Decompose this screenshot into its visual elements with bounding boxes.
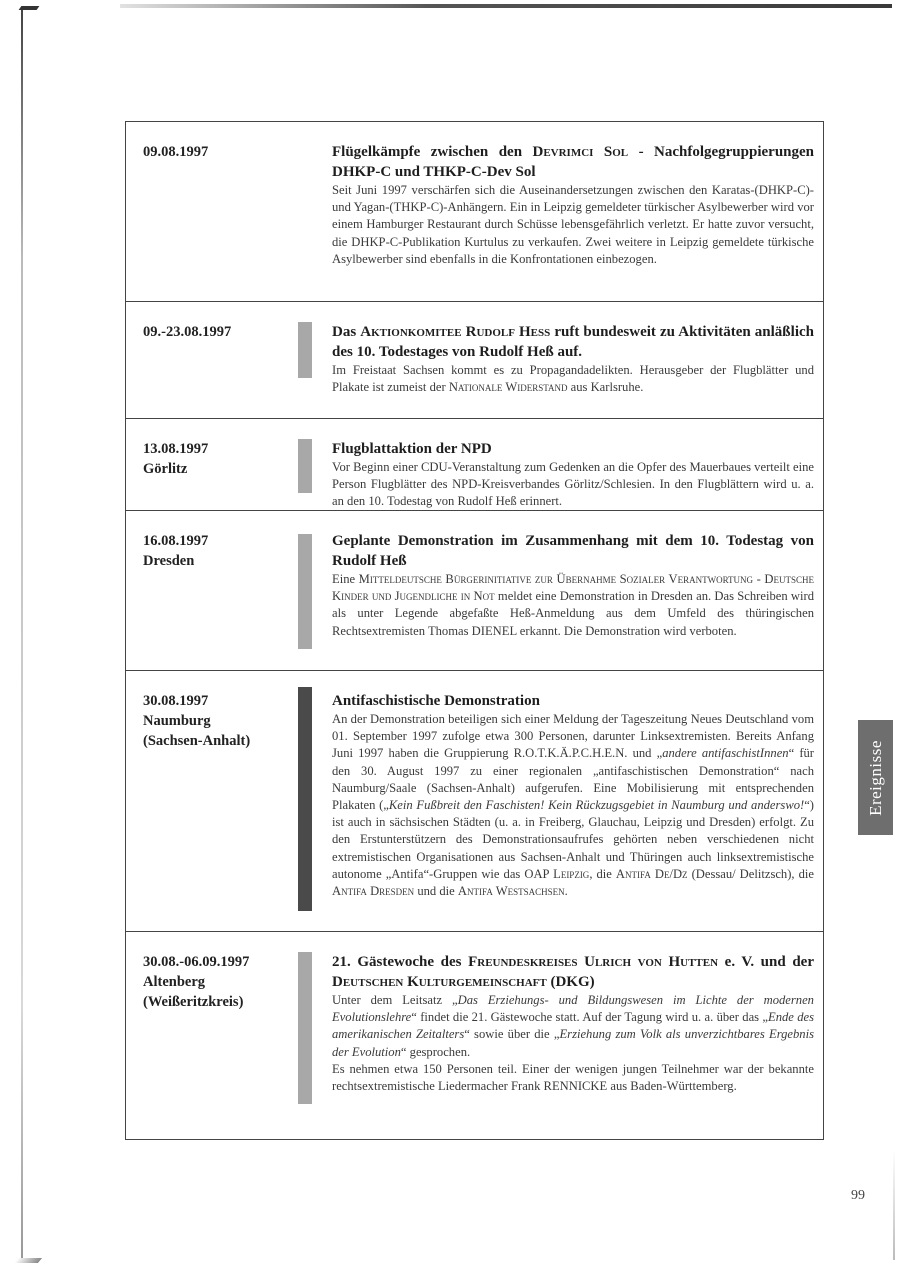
event-place: (Weißeritzkreis) xyxy=(143,992,293,1012)
region-marker-bar xyxy=(298,322,312,378)
text-run: aus Karlsruhe. xyxy=(567,380,643,394)
text-run: Antifaschistische Demonstration xyxy=(332,693,540,709)
event-row: 13.08.1997GörlitzFlugblattaktion der NPD… xyxy=(126,419,823,511)
organization-name: Deutschen Kulturgemeinschaft xyxy=(332,974,547,990)
event-date-place: 13.08.1997Görlitz xyxy=(143,439,293,479)
text-run: Seit Juni 1997 verschärfen sich die Ause… xyxy=(332,183,814,266)
text-run: “ findet die 21. Gästewoche statt. Auf d… xyxy=(411,1010,768,1024)
text-run: . xyxy=(565,884,568,898)
scan-edge-left-foot xyxy=(14,1258,42,1263)
text-run: Vor Beginn einer CDU-Veranstaltung zum G… xyxy=(332,460,814,508)
event-description: Eine Mitteldeutsche Bürgerinitiative zur… xyxy=(332,571,814,640)
event-title: 21. Gästewoche des Freundeskreises Ulric… xyxy=(332,952,814,992)
event-title: Das Aktionkomitee Rudolf Heß ruft bundes… xyxy=(332,322,814,362)
event-content: Antifaschistische DemonstrationAn der De… xyxy=(332,691,814,900)
event-date: 09.-23.08.1997 xyxy=(143,322,293,342)
event-description: Vor Beginn einer CDU-Veranstaltung zum G… xyxy=(332,459,814,511)
event-content: Flugblattaktion der NPDVor Beginn einer … xyxy=(332,439,814,511)
text-run: Flügelkämpfe zwischen den xyxy=(332,144,533,160)
organization-name: Aktionkomitee Rudolf Heß xyxy=(360,324,550,340)
event-row: 09.08.1997Flügelkämpfe zwischen den Devr… xyxy=(126,122,823,302)
event-place: Altenberg xyxy=(143,972,293,992)
event-place: Naumburg xyxy=(143,711,293,731)
events-table: 09.08.1997Flügelkämpfe zwischen den Devr… xyxy=(125,121,824,1140)
event-date: 30.08.1997 xyxy=(143,691,293,711)
organization-name: Nationale Widerstand xyxy=(449,380,568,394)
event-date-place: 30.08.1997Naumburg(Sachsen-Anhalt) xyxy=(143,691,293,751)
event-content: 21. Gästewoche des Freundeskreises Ulric… xyxy=(332,952,814,1095)
event-content: Das Aktionkomitee Rudolf Heß ruft bundes… xyxy=(332,322,814,396)
text-run: Es nehmen etwa 150 Personen teil. Einer … xyxy=(332,1062,814,1093)
event-date: 30.08.-06.09.1997 xyxy=(143,952,293,972)
event-date: 13.08.1997 xyxy=(143,439,293,459)
event-place: Görlitz xyxy=(143,459,293,479)
text-run: “ gesprochen. xyxy=(401,1045,470,1059)
text-run: Eine xyxy=(332,572,359,586)
quoted-text: andere antifaschistInnen xyxy=(662,746,788,760)
text-run: (Dessau/ Delitzsch), die xyxy=(688,867,814,881)
text-run: , die xyxy=(589,867,616,881)
organization-name: Antifa De/Dz xyxy=(616,867,688,881)
text-run: Unter dem Leitsatz „ xyxy=(332,993,458,1007)
scan-edge-left xyxy=(21,10,23,1258)
event-title: Geplante Demonstration im Zusammenhang m… xyxy=(332,531,814,571)
event-date: 09.08.1997 xyxy=(143,142,293,162)
event-description: Es nehmen etwa 150 Personen teil. Einer … xyxy=(332,1061,814,1095)
event-date-place: 30.08.-06.09.1997Altenberg(Weißeritzkrei… xyxy=(143,952,293,1012)
organization-name: Leipzig xyxy=(553,867,589,881)
text-run: e. V. und der xyxy=(718,954,814,970)
section-tab-label: Ereignisse xyxy=(866,740,886,816)
event-title: Antifaschistische Demonstration xyxy=(332,691,814,711)
event-description: Unter dem Leitsatz „Das Erziehungs- und … xyxy=(332,992,814,1061)
event-description: An der Demonstration beteiligen sich ein… xyxy=(332,711,814,900)
event-date-place: 09.-23.08.1997 xyxy=(143,322,293,342)
event-title: Flugblattaktion der NPD xyxy=(332,439,814,459)
event-description: Seit Juni 1997 verschärfen sich die Ause… xyxy=(332,182,814,268)
region-marker-bar xyxy=(298,439,312,493)
page-number: 99 xyxy=(851,1188,865,1204)
text-run: Flugblattaktion der NPD xyxy=(332,441,492,457)
organization-name: Antifa Dresden xyxy=(332,884,414,898)
event-date-place: 16.08.1997Dresden xyxy=(143,531,293,571)
text-run: (DKG) xyxy=(547,974,595,990)
event-content: Flügelkämpfe zwischen den Devrimci Sol -… xyxy=(332,142,814,268)
event-place: (Sachsen-Anhalt) xyxy=(143,731,293,751)
event-content: Geplante Demonstration im Zusammenhang m… xyxy=(332,531,814,640)
region-marker-bar xyxy=(298,534,312,649)
section-tab: Ereignisse xyxy=(858,720,893,835)
event-date-place: 09.08.1997 xyxy=(143,142,293,162)
organization-name: Freundeskreises Ulrich von Hutten xyxy=(468,954,718,970)
text-run: “ sowie über die „ xyxy=(464,1027,559,1041)
event-description: Im Freistaat Sachsen kommt es zu Propaga… xyxy=(332,362,814,396)
text-run: und die xyxy=(414,884,458,898)
quoted-text: Kein Fußbreit den Faschisten! Kein Rückz… xyxy=(389,798,804,812)
text-run: 21. Gästewoche des xyxy=(332,954,468,970)
event-row: 30.08.-06.09.1997Altenberg(Weißeritzkrei… xyxy=(126,932,823,1141)
region-marker-bar xyxy=(298,687,312,911)
text-run: Das xyxy=(332,324,360,340)
event-date: 16.08.1997 xyxy=(143,531,293,551)
organization-name: Antifa Westsachsen xyxy=(458,884,565,898)
event-row: 30.08.1997Naumburg(Sachsen-Anhalt)Antifa… xyxy=(126,671,823,932)
region-marker-bar xyxy=(298,952,312,1104)
event-place: Dresden xyxy=(143,551,293,571)
event-row: 09.-23.08.1997Das Aktionkomitee Rudolf H… xyxy=(126,302,823,419)
event-title: Flügelkämpfe zwischen den Devrimci Sol -… xyxy=(332,142,814,182)
scan-edge-top xyxy=(120,4,892,8)
text-run: Geplante Demonstration im Zusammenhang m… xyxy=(332,533,814,569)
organization-name: Devrimci Sol xyxy=(533,144,629,160)
scan-edge-right xyxy=(893,1150,895,1260)
event-row: 16.08.1997DresdenGeplante Demonstration … xyxy=(126,511,823,671)
